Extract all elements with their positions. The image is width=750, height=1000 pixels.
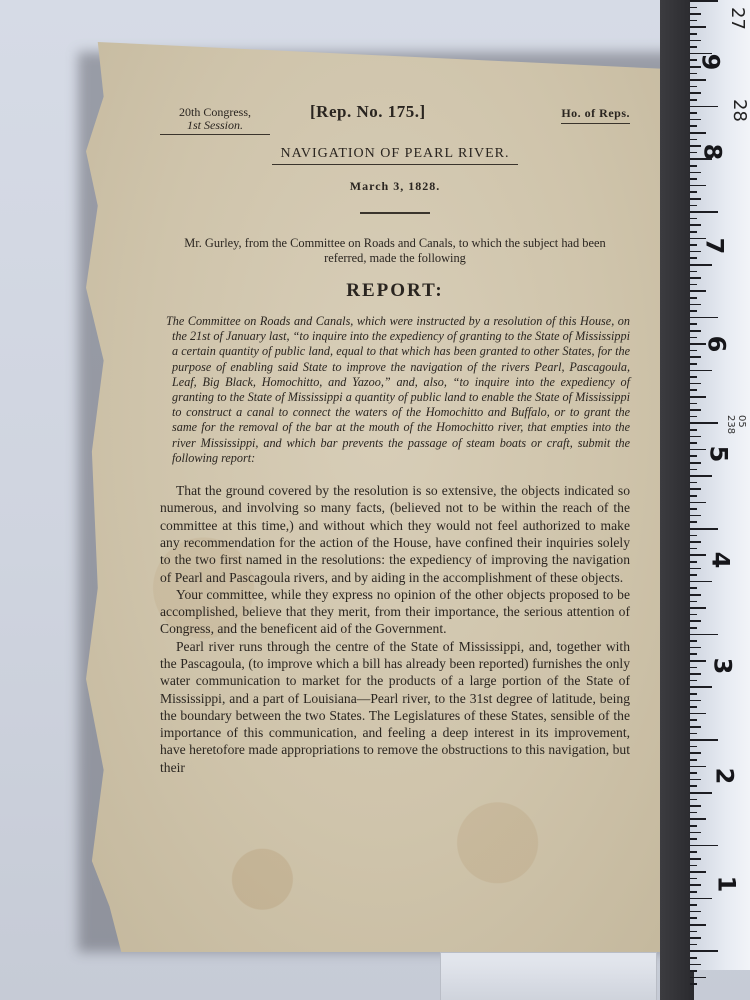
ruler-tick <box>690 746 697 748</box>
ruler-tick <box>690 818 706 820</box>
ruler-tick <box>690 26 706 28</box>
ruler-tick <box>690 574 697 576</box>
ruler-tick <box>690 330 701 332</box>
ruler-tick <box>690 46 697 48</box>
ruler-tick <box>690 310 697 312</box>
ruler-tick <box>690 937 701 939</box>
ruler-tick <box>690 277 701 279</box>
ruler-tick <box>690 858 701 860</box>
report-body: That the ground covered by the resolutio… <box>160 482 630 776</box>
ruler-tick <box>690 983 697 985</box>
ruler-tick <box>690 99 697 101</box>
ruler-tick <box>690 957 697 959</box>
measuring-ruler: 9 8 7 6 5 4 3 2 1 27 28 05 238 <box>690 0 750 970</box>
ruler-tick <box>690 337 697 339</box>
ruler-tick <box>690 944 697 946</box>
ruler-tick <box>690 59 697 61</box>
ruler-tick <box>690 614 697 616</box>
ruler-tick <box>690 528 718 530</box>
ruler-tick <box>690 449 706 451</box>
ruler-tick <box>690 950 718 952</box>
congress-label: 20th Congress, <box>179 105 251 119</box>
ruler-tick <box>690 719 697 721</box>
ruler-tick <box>690 548 697 550</box>
ruler-tick <box>690 422 718 424</box>
ruler-tick <box>690 0 718 2</box>
ruler-tick <box>690 620 701 622</box>
ruler-tick <box>690 257 697 259</box>
ruler-tick <box>690 713 706 715</box>
ruler-tick <box>690 931 697 933</box>
ruler-tick <box>690 766 706 768</box>
ruler-tick <box>690 515 701 517</box>
ruler-tick <box>690 805 701 807</box>
ruler-tick <box>690 541 701 543</box>
ruler-tick <box>690 521 697 523</box>
ruler-tick <box>690 851 697 853</box>
ruler-cm-label: 28 <box>729 99 750 122</box>
ruler-tick <box>690 772 697 774</box>
session-label: 1st Session. <box>160 119 270 132</box>
ruler-tick <box>690 323 697 325</box>
ruler-tick <box>690 845 718 847</box>
ruler-tick <box>690 779 701 781</box>
ruler-tick <box>690 125 697 127</box>
ruler-tick <box>690 211 718 213</box>
ruler-tick <box>690 33 697 35</box>
ruler-edge <box>660 0 694 1000</box>
ruler-tick <box>690 112 697 114</box>
ruler-tick <box>690 132 706 134</box>
ruler-tick <box>690 871 706 873</box>
ruler-tick <box>690 396 706 398</box>
ruler-tick <box>690 350 697 352</box>
ruler-tick <box>690 568 701 570</box>
chamber-label: Ho. of Reps. <box>561 106 630 124</box>
ruler-tick <box>690 429 697 431</box>
ruler-tick <box>690 964 701 966</box>
ruler-tick <box>690 20 697 22</box>
ruler-tick <box>690 363 697 365</box>
ruler-tick <box>690 376 697 378</box>
ruler-tick <box>690 462 701 464</box>
ruler-label: 1 <box>712 876 740 893</box>
ruler-tick <box>690 7 697 9</box>
ruler-tick <box>690 139 697 141</box>
ruler-tick <box>690 191 697 193</box>
ruler-code: 05 238 <box>725 415 747 443</box>
ruler-tick <box>690 79 706 81</box>
ruler-tick <box>690 898 712 900</box>
ruler-tick <box>690 634 718 636</box>
ruler-tick <box>690 165 697 167</box>
ruler-tick <box>690 594 701 596</box>
ruler-tick <box>690 884 701 886</box>
ruler-tick <box>690 224 701 226</box>
ruler-tick <box>690 185 706 187</box>
ruler-tick <box>690 706 697 708</box>
ruler-label: 5 <box>704 446 732 463</box>
ruler-tick <box>690 416 697 418</box>
ruler-tick <box>690 469 697 471</box>
ruler-tick <box>690 205 697 207</box>
ruler-label: 9 <box>696 54 724 71</box>
ruler-tick <box>690 561 697 563</box>
document-title: NAVIGATION OF PEARL RIVER. <box>272 146 517 165</box>
ruler-tick <box>690 409 701 411</box>
ruler-tick <box>690 482 697 484</box>
ruler-tick <box>690 799 697 801</box>
ruler-tick <box>690 73 697 75</box>
ruler-tick <box>690 891 697 893</box>
ruler-tick <box>690 924 706 926</box>
ruler-tick <box>690 917 697 919</box>
ruler-tick <box>690 792 712 794</box>
ruler-tick <box>690 317 718 319</box>
ruler-tick <box>690 290 706 292</box>
ruler-tick <box>690 627 697 629</box>
ruler-tick <box>690 601 697 603</box>
ruler-tick <box>690 904 697 906</box>
ruler-tick <box>690 680 697 682</box>
ruler-tick <box>690 752 701 754</box>
ruler-tick <box>690 53 712 55</box>
intro-text: Mr. Gurley, from the Committee on Roads … <box>160 236 630 266</box>
acrylic-stand <box>440 952 657 1000</box>
ruler-tick <box>690 92 701 94</box>
ruler-tick <box>690 271 697 273</box>
paragraph: Pearl river runs through the centre of t… <box>160 638 630 776</box>
ruler-tick <box>690 383 701 385</box>
ruler-tick <box>690 535 697 537</box>
ruler-tick <box>690 178 697 180</box>
ruler-tick <box>690 488 701 490</box>
ruler-tick <box>690 158 712 160</box>
ruler-tick <box>690 343 706 345</box>
ruler-tick <box>690 231 697 233</box>
ruler-tick <box>690 667 697 669</box>
ruler-tick <box>690 284 697 286</box>
ruler-tick <box>690 356 701 358</box>
ruler-tick <box>690 389 697 391</box>
paragraph: Your committee, while they express no op… <box>160 586 630 638</box>
ruler-tick <box>690 304 701 306</box>
ruler-tick <box>690 660 706 662</box>
ruler-label: 4 <box>706 552 734 569</box>
ruler-tick <box>690 693 697 695</box>
ruler-tick <box>690 838 697 840</box>
document-date: March 3, 1828. <box>160 179 630 194</box>
ruler-cm-label: 27 <box>727 7 748 30</box>
congress-session: 20th Congress, 1st Session. <box>160 106 270 135</box>
ruler-tick <box>690 647 701 649</box>
paragraph: That the ground covered by the resolutio… <box>160 482 630 586</box>
ruler-tick <box>690 172 701 174</box>
ruler-tick <box>690 442 697 444</box>
ruler-tick <box>690 673 701 675</box>
ruler-tick <box>690 878 697 880</box>
ruler-tick <box>690 653 697 655</box>
ruler-tick <box>690 198 701 200</box>
ruler-tick <box>690 726 701 728</box>
ruler-tick <box>690 475 712 477</box>
ruler-tick <box>690 832 701 834</box>
ruler-tick <box>690 686 712 688</box>
ruler-label: 6 <box>702 336 730 353</box>
ruler-tick <box>690 436 701 438</box>
ruler-tick <box>690 297 697 299</box>
ruler-tick <box>690 640 697 642</box>
divider <box>360 212 430 214</box>
ruler-tick <box>690 739 718 741</box>
ruler-tick <box>690 370 712 372</box>
ruler-tick <box>690 119 701 121</box>
ruler-label: 3 <box>708 658 736 675</box>
ruler-tick <box>690 495 697 497</box>
ruler-tick <box>690 970 697 972</box>
ruler-tick <box>690 13 701 15</box>
ruler-tick <box>690 587 697 589</box>
report-number: [Rep. No. 175.] <box>310 102 426 122</box>
ruler-tick <box>690 264 712 266</box>
document-header: 20th Congress, 1st Session. [Rep. No. 17… <box>160 100 630 140</box>
ruler-label: 2 <box>710 768 738 785</box>
ruler-tick <box>690 502 706 504</box>
ruler-tick <box>690 40 701 42</box>
ruler-tick <box>690 218 697 220</box>
ruler-tick <box>690 825 697 827</box>
ruler-tick <box>690 106 718 108</box>
ruler-tick <box>690 733 697 735</box>
ruler-tick <box>690 455 697 457</box>
ruler-tick <box>690 508 697 510</box>
ruler-tick <box>690 607 706 609</box>
resolution-text: The Committee on Roads and Canals, which… <box>160 314 630 466</box>
ruler-tick <box>690 66 701 68</box>
ruler-label: 7 <box>700 238 728 255</box>
document-title-wrap: NAVIGATION OF PEARL RIVER. <box>160 146 630 165</box>
ruler-tick <box>690 700 701 702</box>
ruler-tick <box>690 812 697 814</box>
ruler-tick <box>690 759 697 761</box>
report-heading: REPORT: <box>160 280 630 302</box>
ruler-tick <box>690 238 706 240</box>
ruler-tick <box>690 865 697 867</box>
ruler-tick <box>690 244 697 246</box>
ruler-tick <box>690 86 697 88</box>
ruler-tick <box>690 554 706 556</box>
ruler-tick <box>690 785 697 787</box>
ruler-tick <box>690 251 701 253</box>
ruler-tick <box>690 581 712 583</box>
document-content: 20th Congress, 1st Session. [Rep. No. 17… <box>160 100 630 776</box>
ruler-tick <box>690 911 701 913</box>
ruler-tick <box>690 152 697 154</box>
ruler-tick <box>690 403 697 405</box>
ruler-tick <box>690 145 701 147</box>
ruler-tick <box>690 977 706 979</box>
